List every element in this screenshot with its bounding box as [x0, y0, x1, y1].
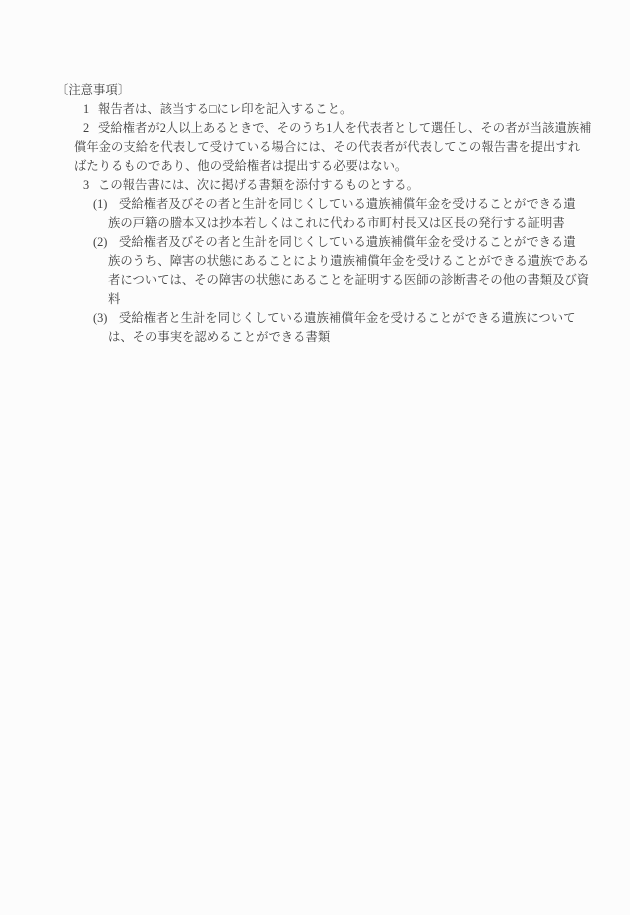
- subitem-1-number: (1): [93, 198, 119, 211]
- notice-subitem-1-line-1: (1)受給権者及びその者と生計を同じくしている遺族補償年金を受けることができる遺: [93, 198, 576, 211]
- notice-item-2-line-1: 2受給権者が2人以上あるときで、そのうち1人を代表者として選任し、その者が当該遺…: [83, 122, 592, 135]
- item-1-text: 報告者は、該当する□にレ印を記入すること。: [98, 102, 352, 116]
- subitem-2-text-line-1: 受給権者及びその者と生計を同じくしている遺族補償年金を受けることができる遺: [119, 235, 576, 249]
- item-1-number: 1: [83, 103, 98, 116]
- subitem-1-text-line-1: 受給権者及びその者と生計を同じくしている遺族補償年金を受けることができる遺: [119, 197, 576, 211]
- item-2-number: 2: [83, 122, 98, 135]
- notice-subitem-3-line-1: (3)受給権者と生計を同じくしている遺族補償年金を受けることができる遺族について: [93, 312, 575, 325]
- subitem-3-text-line-1: 受給権者と生計を同じくしている遺族補償年金を受けることができる遺族について: [119, 311, 575, 325]
- item-3-text: この報告書には、次に掲げる書類を添付するものとする。: [98, 178, 419, 192]
- notice-header: 〔注意事項〕: [56, 84, 130, 97]
- subitem-2-number: (2): [93, 236, 119, 249]
- item-3-number: 3: [83, 179, 98, 192]
- document-page: 〔注意事項〕 1報告者は、該当する□にレ印を記入すること。 2受給権者が2人以上…: [0, 0, 630, 915]
- notice-subitem-2-line-4: 料: [108, 293, 120, 306]
- notice-item-1: 1報告者は、該当する□にレ印を記入すること。: [83, 103, 352, 116]
- notice-item-2-line-2: 償年金の支給を代表して受けている場合には、その代表者が代表してこの報告書を提出す…: [74, 141, 580, 154]
- notice-subitem-2-line-3: 者については、その障害の状態にあることを証明する医師の診断書その他の書類及び資: [108, 274, 589, 287]
- notice-item-2-line-3: ばたりるものであり、他の受給権者は提出する必要はない。: [74, 160, 407, 173]
- notice-item-3: 3この報告書には、次に掲げる書類を添付するものとする。: [83, 179, 419, 192]
- subitem-3-number: (3): [93, 312, 119, 325]
- notice-subitem-1-line-2: 族の戸籍の謄本又は抄本若しくはこれに代わる市町村長又は区長の発行する証明書: [108, 217, 565, 230]
- notice-subitem-3-line-2: は、その事実を認めることができる書類: [108, 331, 330, 344]
- item-2-text-line-1: 受給権者が2人以上あるときで、そのうち1人を代表者として選任し、その者が当該遺族…: [98, 121, 592, 135]
- notice-subitem-2-line-2: 族のうち、障害の状態にあることにより遺族補償年金を受けることができる遺族である: [108, 255, 589, 268]
- notice-subitem-2-line-1: (2)受給権者及びその者と生計を同じくしている遺族補償年金を受けることができる遺: [93, 236, 576, 249]
